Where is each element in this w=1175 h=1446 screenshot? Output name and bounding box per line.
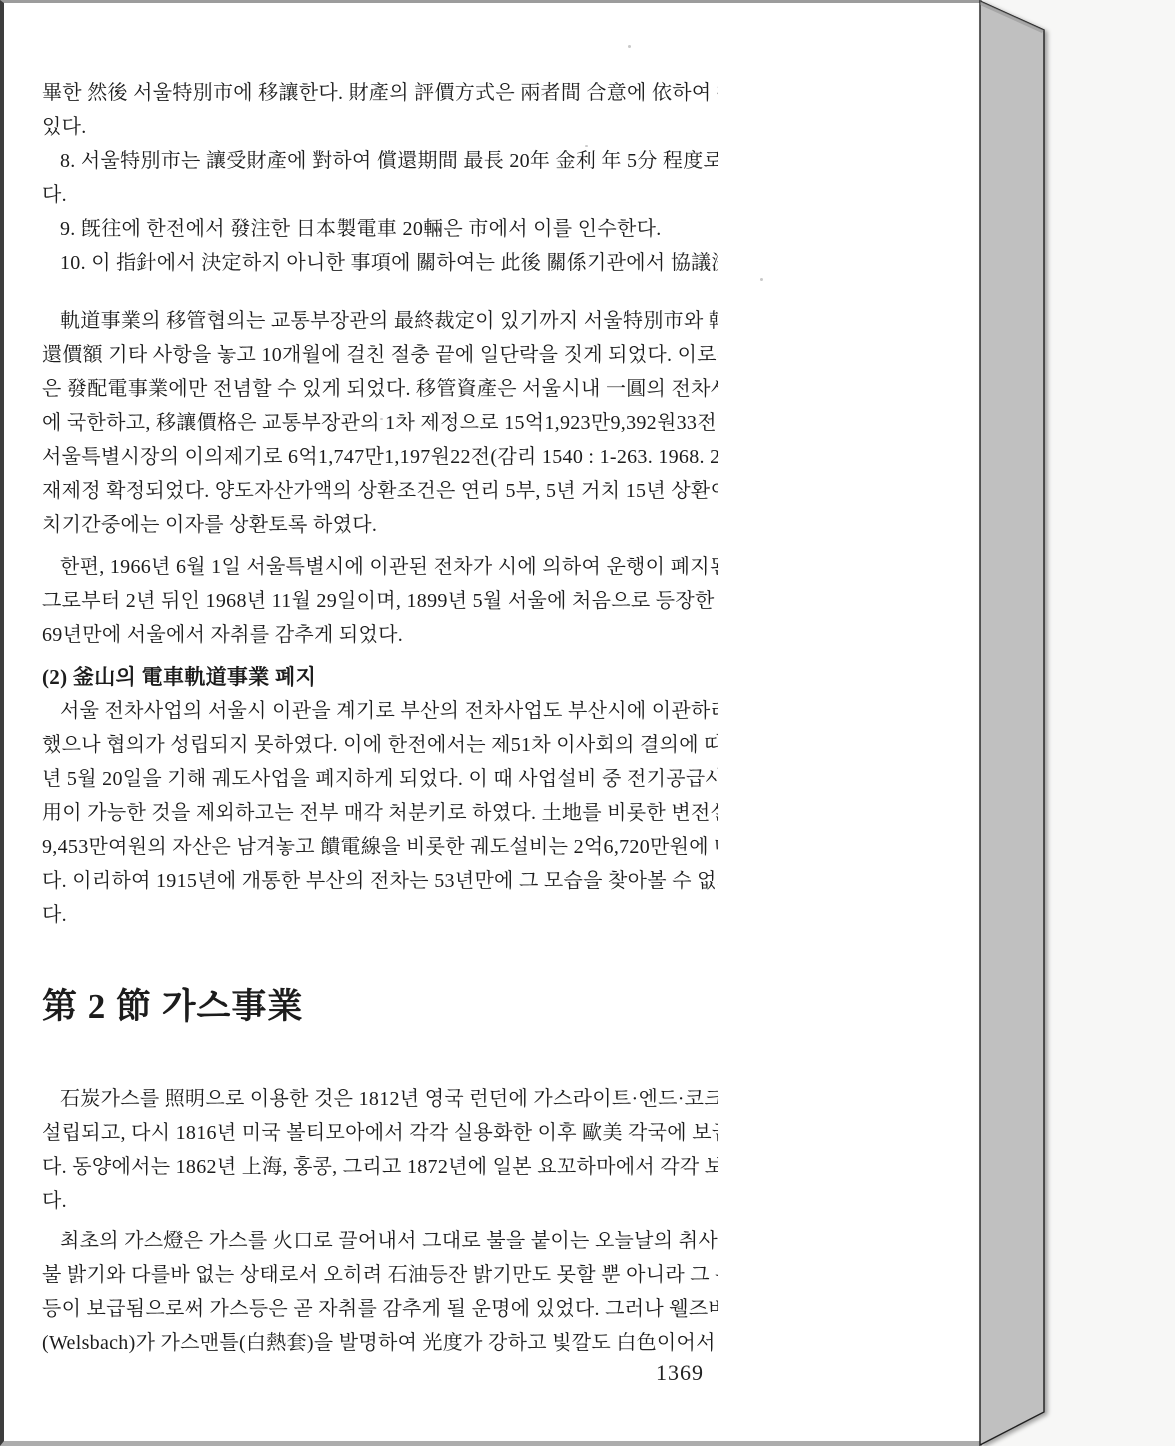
text-line: 최초의 가스燈은 가스를 火口로 끌어내서 그대로 불을 붙이는 오늘날의 취사…: [42, 1224, 718, 1258]
text-line: 재제정 확정되었다. 양도자산가액의 상환조건은 연리 5부, 5년 거치 15…: [42, 474, 718, 508]
directive-list-continuation: 畢한 然後 서울特別市에 移讓한다. 財產의 評價方式은 兩者間 合意에 依하여…: [42, 76, 718, 280]
paragraph-gas-lamp: 최초의 가스燈은 가스를 火口로 끌어내서 그대로 불을 붙이는 오늘날의 취사…: [42, 1224, 718, 1360]
text-line: 설립되고, 다시 1816년 미국 볼티모아에서 각각 실용화한 이후 歐美 각…: [42, 1116, 718, 1150]
text-line: 에 국한하고, 移讓價格은 교통부장관의 1차 제정으로 15억1,923만9,…: [42, 406, 718, 440]
text-line: 치기간중에는 이자를 상환토록 하였다.: [42, 508, 718, 542]
text-line: 있다.: [42, 110, 718, 144]
text-line: 그로부터 2년 뒤인 1968년 11월 29일이며, 1899년 5월 서울에…: [42, 584, 718, 618]
paragraph-seoul-tram-shutdown: 한편, 1966년 6월 1일 서울특별시에 이관된 전차가 시에 의하여 운행…: [42, 550, 718, 652]
text-line: 다. 동양에서는 1862년 上海, 홍콩, 그리고 1872년에 일본 요꼬하…: [42, 1150, 718, 1184]
text-line: 69년만에 서울에서 자취를 감추게 되었다.: [42, 618, 718, 652]
text-line: 軌道事業의 移管협의는 교통부장관의 最終裁定이 있기까지 서울特別市와 韓電間…: [42, 304, 718, 338]
scan-speck: [585, 145, 588, 147]
text-line: 다.: [42, 898, 718, 932]
text-line: 다.: [42, 178, 718, 212]
text-line: 년 5월 20일을 기해 궤도사업을 폐지하게 되었다. 이 때 사업설비 중 …: [42, 762, 718, 796]
page-number: 1369: [656, 1358, 704, 1388]
subheading-busan-tram: (2) 釜山의 電車軌道事業 폐지: [42, 660, 718, 694]
page-edge-shape: [980, 1, 1044, 1445]
text-line: 다.: [42, 1184, 718, 1218]
text-line: 했으나 협의가 성립되지 못하였다. 이에 한전에서는 제51차 이사회의 결의…: [42, 728, 718, 762]
paragraph-track-transfer: 軌道事業의 移管협의는 교통부장관의 最終裁定이 있기까지 서울特別市와 韓電間…: [42, 304, 718, 542]
text-line: 한편, 1966년 6월 1일 서울특별시에 이관된 전차가 시에 의하여 운행…: [42, 550, 718, 584]
text-line: 은 發配電事業에만 전념할 수 있게 되었다. 移管資產은 서울시내 一圓의 전…: [42, 372, 718, 406]
text-line: 9,453만여원의 자산은 남겨놓고 饋電線을 비롯한 궤도설비는 2억6,72…: [42, 830, 718, 864]
page-content: 畢한 然後 서울特別市에 移讓한다. 財產의 評價方式은 兩者間 合意에 依하여…: [42, 0, 718, 1446]
scan-speck: [760, 278, 763, 281]
text-line: 畢한 然後 서울特別市에 移讓한다. 財產의 評價方式은 兩者間 合意에 依하여…: [42, 76, 718, 110]
text-line: 10. 이 指針에서 決定하지 아니한 事項에 關하여는 此後 關係기관에서 協…: [42, 246, 718, 280]
scan-background: { "page": { "number": "1369", "paper_col…: [0, 0, 1175, 1446]
text-line: 9. 旣往에 한전에서 發注한 日本製電車 20輛은 市에서 이를 인수한다.: [42, 212, 718, 246]
scan-speck: [380, 418, 383, 420]
text-line: 서울특별시장의 이의제기로 6억1,747만1,197원22전(감리 1540 …: [42, 440, 718, 474]
section-title-gas-business: 第 2 節 가스事業: [42, 984, 718, 1030]
book-page-edge: [978, 0, 1056, 1446]
text-line: 用이 가능한 것을 제외하고는 전부 매각 처분키로 하였다. 土地를 비롯한 …: [42, 796, 718, 830]
text-line: 다. 이리하여 1915년에 개통한 부산의 전차는 53년만에 그 모습을 찾…: [42, 864, 718, 898]
text-line: 還價額 기타 사항을 놓고 10개월에 걸친 절충 끝에 일단락을 짓게 되었다…: [42, 338, 718, 372]
text-line: 등이 보급됨으로써 가스등은 곧 자취를 감추게 될 운명에 있었다. 그러나 …: [42, 1292, 718, 1326]
scan-speck: [628, 45, 631, 48]
text-line: (Welsbach)가 가스맨틀(白熱套)을 발명하여 光度가 강하고 빛깔도 …: [42, 1326, 718, 1360]
text-line: 서울 전차사업의 서울시 이관을 계기로 부산의 전차사업도 부산시에 이관하려…: [42, 694, 718, 728]
text-line: 石炭가스를 照明으로 이용한 것은 1812년 영국 런던에 가스라이트·엔드·…: [42, 1082, 718, 1116]
paragraph-gas-history: 石炭가스를 照明으로 이용한 것은 1812년 영국 런던에 가스라이트·엔드·…: [42, 1082, 718, 1218]
text-line: 불 밝기와 다를바 없는 상태로서 오히려 石油등잔 밝기만도 못할 뿐 아니라…: [42, 1258, 718, 1292]
paragraph-busan-tram: 서울 전차사업의 서울시 이관을 계기로 부산의 전차사업도 부산시에 이관하려…: [42, 694, 718, 932]
text-line: 8. 서울特別市는 讓受財產에 對하여 償還期間 最長 20年 金利 年 5分 …: [42, 144, 718, 178]
